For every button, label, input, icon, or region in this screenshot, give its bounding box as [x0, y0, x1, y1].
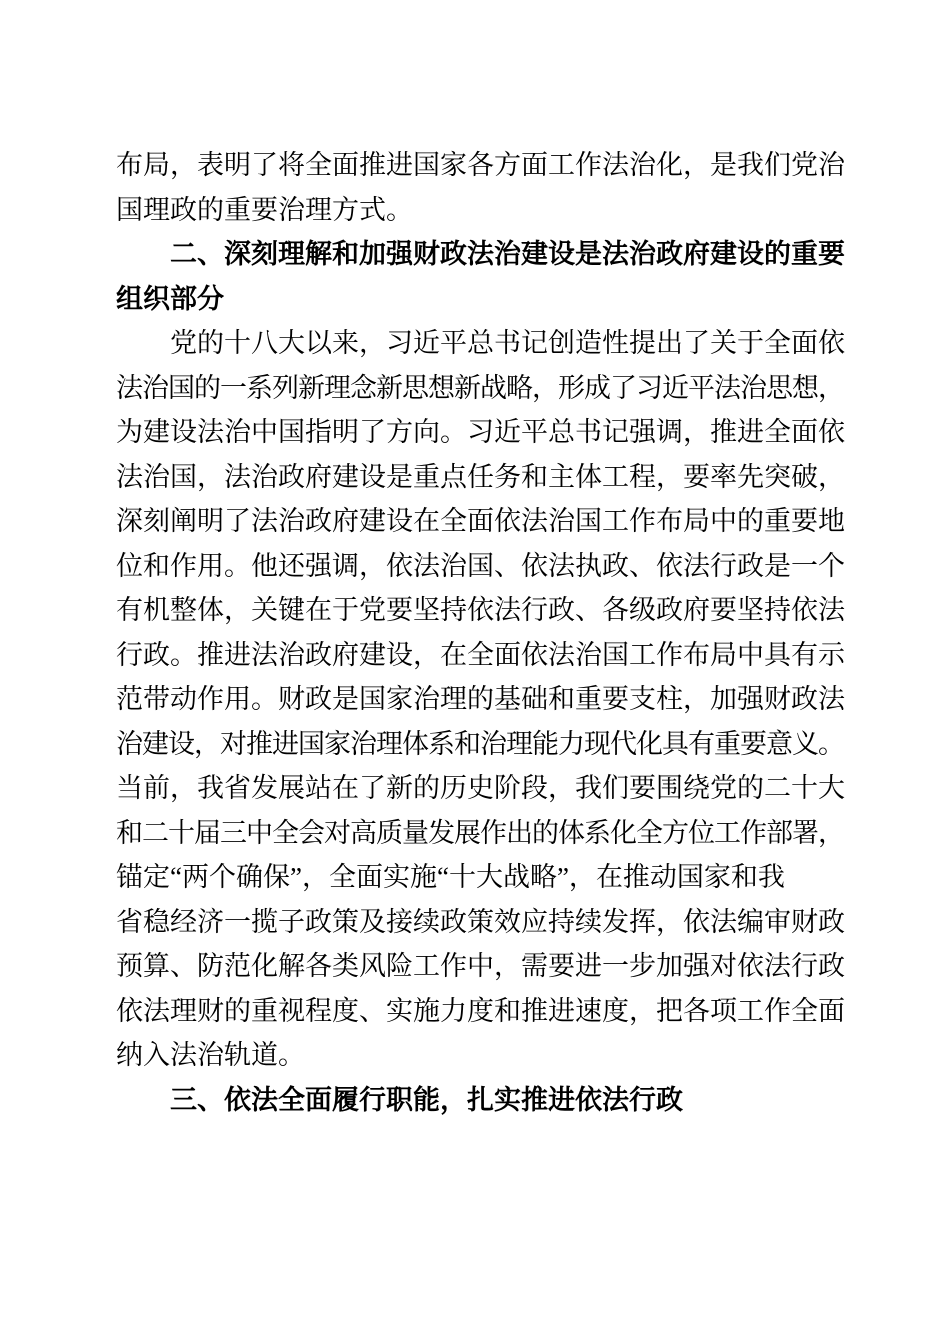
text-line: 锚定“两个确保”，全面实施“十大战略”，在推动国家和我: [116, 855, 846, 900]
section-heading: 二、深刻理解和加强财政法治建设是法治政府建设的重要: [116, 232, 846, 277]
text-line: 法治国的一系列新理念新思想新战略，形成了习近平法治思想，: [116, 366, 846, 411]
text-line: 法治国，法治政府建设是重点任务和主体工程，要率先突破，: [116, 455, 846, 500]
text-line: 和二十届三中全会对高质量发展作出的体系化全方位工作部署，: [116, 811, 846, 856]
document-content: 布局，表明了将全面推进国家各方面工作法治化，是我们党治 国理政的重要治理方式。 …: [116, 143, 846, 1122]
text-line: 有机整体，关键在于党要坚持依法行政、各级政府要坚持依法: [116, 588, 846, 633]
text-line: 预算、防范化解各类风险工作中，需要进一步加强对依法行政: [116, 944, 846, 989]
text-line: 位和作用。他还强调，依法治国、依法执政、依法行政是一个: [116, 544, 846, 589]
text-line: 布局，表明了将全面推进国家各方面工作法治化，是我们党治: [116, 143, 846, 188]
section-heading: 组织部分: [116, 277, 846, 322]
text-line: 深刻阐明了法治政府建设在全面依法治国工作布局中的重要地: [116, 499, 846, 544]
text-line: 纳入法治轨道。: [116, 1033, 846, 1078]
text-line: 行政。推进法治政府建设，在全面依法治国工作布局中具有示: [116, 633, 846, 678]
text-line: 国理政的重要治理方式。: [116, 188, 846, 233]
text-line: 为建设法治中国指明了方向。习近平总书记强调，推进全面依: [116, 410, 846, 455]
text-line: 当前，我省发展站在了新的历史阶段，我们要围绕党的二十大: [116, 766, 846, 811]
text-line: 范带动作用。财政是国家治理的基础和重要支柱，加强财政法: [116, 677, 846, 722]
text-line: 依法理财的重视程度、实施力度和推进速度，把各项工作全面: [116, 989, 846, 1034]
document-page: 布局，表明了将全面推进国家各方面工作法治化，是我们党治 国理政的重要治理方式。 …: [0, 0, 950, 1344]
section-heading: 三、依法全面履行职能，扎实推进依法行政: [116, 1078, 846, 1123]
text-line: 省稳经济一揽子政策及接续政策效应持续发挥，依法编审财政: [116, 900, 846, 945]
text-line: 党的十八大以来，习近平总书记创造性提出了关于全面依: [116, 321, 846, 366]
text-line: 治建设，对推进国家治理体系和治理能力现代化具有重要意义。: [116, 722, 846, 767]
